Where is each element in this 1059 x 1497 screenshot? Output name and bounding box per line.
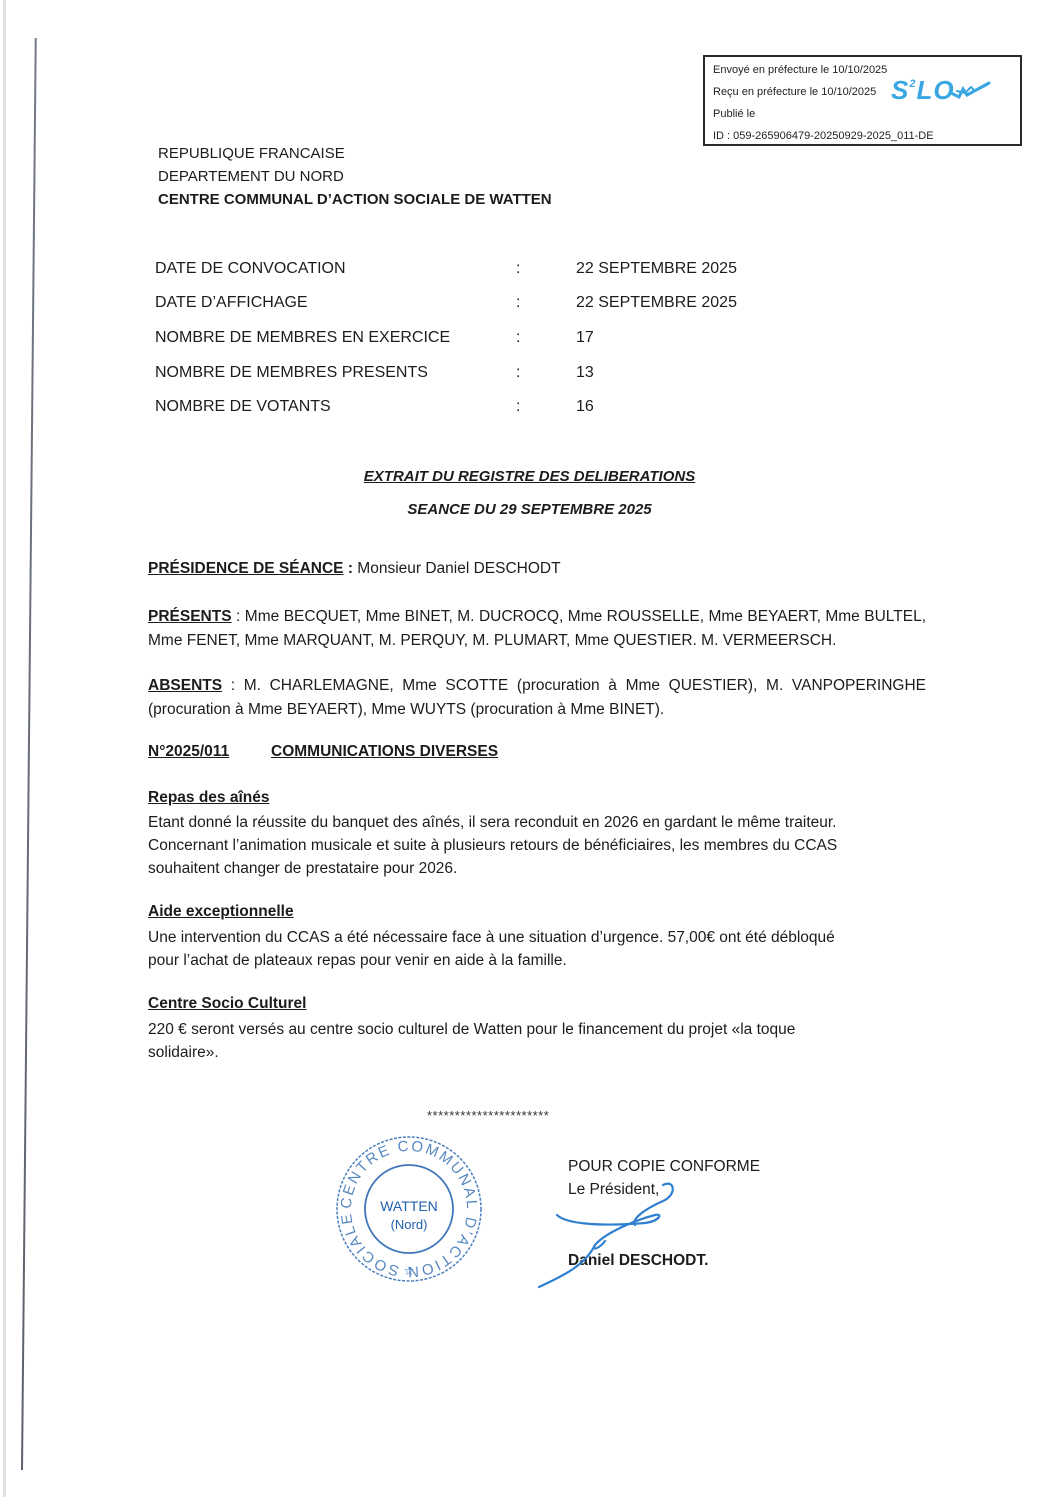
info-separator: : [516,398,520,416]
presents-paragraph: PRÉSENTS : Mme BECQUET, Mme BINET, M. DU… [148,605,926,653]
extract-title: EXTRAIT DU REGISTRE DES DELIBERATIONS [0,468,1059,485]
info-separator: : [516,260,520,278]
session-title: SEANCE DU 29 SEPTEMBRE 2025 [0,501,1059,518]
section-line: pour l’achat de plateaux repas pour veni… [148,949,938,972]
section-line: Une intervention du CCAS a été nécessair… [148,926,938,949]
presents-label: PRÉSENTS [148,608,232,625]
header-organization: CENTRE COMMUNAL D’ACTION SOCIALE DE WATT… [158,191,552,208]
info-label: DATE D’AFFICHAGE [155,294,308,312]
section-line: solidaire». [148,1041,938,1064]
copy-conforme-label: POUR COPIE CONFORME [568,1158,760,1176]
section-body: Une intervention du CCAS a été nécessair… [148,926,938,972]
section-body: Etant donné la réussite du banquet des a… [148,811,938,880]
info-value: 13 [576,364,594,382]
presidence-separator: : [344,560,358,577]
info-separator: : [516,364,520,382]
info-value: 22 SEPTEMBRE 2025 [576,294,737,312]
prefecture-published: Publié le [713,108,755,120]
section-heading: Repas des aînés [148,789,269,807]
prefecture-received: Reçu en préfecture le 10/10/2025 [713,86,876,98]
svg-text:WATTEN: WATTEN [380,1198,438,1214]
prefecture-sent: Envoyé en préfecture le 10/10/2025 [713,64,887,76]
info-row: DATE DE CONVOCATION : 22 SEPTEMBRE 2025 [155,260,775,280]
section-line: souhaitent changer de prestataire pour 2… [148,857,938,880]
section-line: Concernant l’animation musicale et suite… [148,834,938,857]
info-label: NOMBRE DE VOTANTS [155,398,331,416]
info-separator: : [516,294,520,312]
absents-label: ABSENTS [148,677,222,694]
info-value: 16 [576,398,594,416]
handwritten-signature-icon [535,1175,685,1295]
absents-value: M. CHARLEMAGNE, Mme SCOTTE (procuration … [148,677,926,718]
header-department: DEPARTEMENT DU NORD [158,168,344,185]
header-republic: REPUBLIQUE FRANCAISE [158,145,345,162]
ccas-stamp-icon: CENTRE COMMUNAL D’ACTION SOCIALE WATTEN … [333,1133,485,1285]
absents-separator: : [222,677,244,694]
presidence-line: PRÉSIDENCE DE SÉANCE : Monsieur Daniel D… [148,557,926,581]
info-separator: : [516,329,520,347]
section-line: 220 € seront versés au centre socio cult… [148,1018,938,1041]
separator-stars: ********************** [427,1108,549,1123]
scan-margin-line [21,38,37,1470]
deliberation-number: N°2025/011 [148,743,229,761]
section-heading: Aide exceptionnelle [148,903,294,921]
section-body: 220 € seront versés au centre socio cult… [148,1018,938,1064]
info-row: DATE D’AFFICHAGE : 22 SEPTEMBRE 2025 [155,294,775,314]
scan-edge [3,0,6,1497]
extract-title-text: EXTRAIT DU REGISTRE DES DELIBERATIONS [364,468,695,485]
info-row: NOMBRE DE VOTANTS : 16 [155,398,775,418]
section-heading: Centre Socio Culturel [148,995,306,1013]
prefecture-id: ID : 059-265906479-20250929-2025_011-DE [713,130,934,142]
info-label: NOMBRE DE MEMBRES PRESENTS [155,364,428,382]
deliberation-title: COMMUNICATIONS DIVERSES [271,743,498,761]
info-value: 22 SEPTEMBRE 2025 [576,260,737,278]
svg-text:(Nord): (Nord) [391,1217,428,1232]
info-row: NOMBRE DE MEMBRES PRESENTS : 13 [155,364,775,384]
prefecture-receipt-box: Envoyé en préfecture le 10/10/2025 Reçu … [703,55,1022,146]
presidence-value: Monsieur Daniel DESCHODT [357,560,560,577]
section-line: Etant donné la réussite du banquet des a… [148,811,938,834]
s2lo-logo-icon: S2LO [891,75,955,106]
info-label: DATE DE CONVOCATION [155,260,346,278]
presents-separator: : [232,608,245,625]
presents-value: Mme BECQUET, Mme BINET, M. DUCROCQ, Mme … [148,608,926,649]
presidence-label: PRÉSIDENCE DE SÉANCE [148,560,344,577]
svg-text:☆: ☆ [404,1264,415,1278]
info-label: NOMBRE DE MEMBRES EN EXERCICE [155,329,450,347]
info-row: NOMBRE DE MEMBRES EN EXERCICE : 17 [155,329,775,349]
info-value: 17 [576,329,594,347]
absents-paragraph: ABSENTS : M. CHARLEMAGNE, Mme SCOTTE (pr… [148,674,926,722]
